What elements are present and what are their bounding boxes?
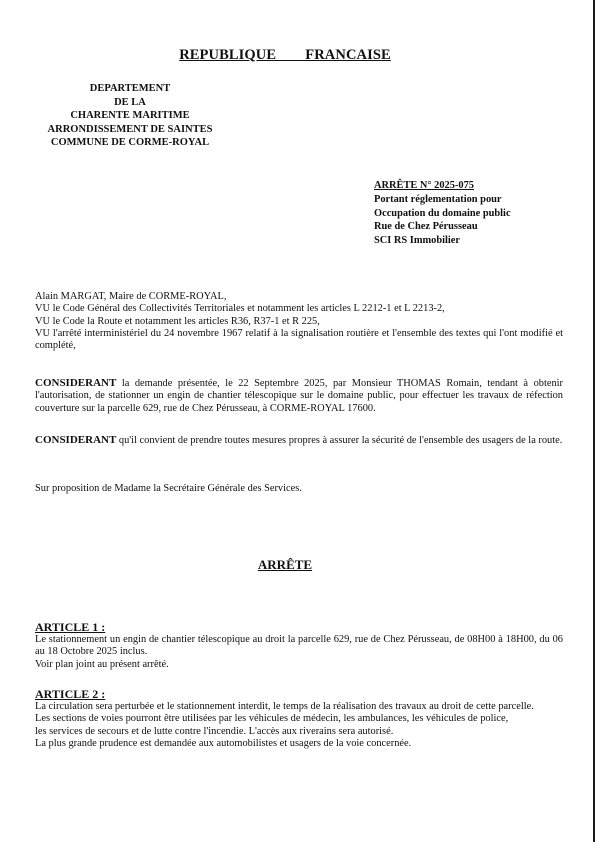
considerant-keyword: CONSIDERANT: [35, 434, 116, 446]
department-line: ARRONDISSEMENT DE SAINTES: [20, 123, 240, 137]
department-line: DE LA: [20, 96, 240, 110]
department-block: DEPARTEMENT DE LA CHARENTE MARITIME ARRO…: [20, 82, 240, 150]
visa-line: VU le Code Général des Collectivités Ter…: [35, 303, 563, 315]
considerant-keyword: CONSIDERANT: [35, 377, 116, 389]
visas-section: Alain MARGAT, Maire de CORME-ROYAL, VU l…: [35, 291, 563, 352]
considerant-paragraph: CONSIDERANT qu'il convient de prendre to…: [35, 434, 563, 447]
article-paragraph: Voir plan joint au présent arrêté.: [35, 659, 563, 671]
article-title: ARTICLE 1 :: [35, 620, 563, 634]
document-title: REPUBLIQUE FRANCAISE: [0, 47, 570, 64]
considerant-2: CONSIDERANT qu'il convient de prendre to…: [35, 434, 563, 447]
article-paragraph: La plus grande prudence est demandée aux…: [35, 738, 535, 750]
article-paragraph: La circulation sera perturbée et le stat…: [35, 701, 535, 713]
arrete-heading: ARRÊTE: [0, 557, 570, 573]
considerant-1: CONSIDERANT la demande présentée, le 22 …: [35, 377, 563, 415]
arrete-subject-line: Portant réglementation pour: [374, 193, 589, 207]
considerant-paragraph: CONSIDERANT la demande présentée, le 22 …: [35, 377, 563, 415]
arrete-reference-block: ARRÊTE N° 2025-075 Portant réglementatio…: [374, 179, 589, 248]
article-1: ARTICLE 1 : Le stationnement un engin de…: [35, 620, 563, 671]
visa-line: VU le Code la Route et notamment les art…: [35, 316, 563, 328]
article-2: ARTICLE 2 : La circulation sera perturbé…: [35, 687, 535, 750]
department-line: CHARENTE MARITIME: [20, 109, 240, 123]
arrete-subject-line: SCI RS Immobilier: [374, 234, 589, 248]
visa-line: VU l'arrêté interministériel du 24 novem…: [35, 328, 563, 353]
department-line: DEPARTEMENT: [20, 82, 240, 96]
article-title: ARTICLE 2 :: [35, 687, 535, 701]
article-paragraph: Les sections de voies pourront être util…: [35, 713, 520, 738]
mayor-line: Alain MARGAT, Maire de CORME-ROYAL,: [35, 291, 563, 303]
article-paragraph: Le stationnement un engin de chantier té…: [35, 634, 563, 659]
department-line: COMMUNE DE CORME-ROYAL: [20, 136, 240, 150]
arrete-subject-line: Occupation du domaine public: [374, 207, 589, 221]
proposition-line: Sur proposition de Madame la Secrétaire …: [35, 483, 563, 495]
considerant-text: qu'il convient de prendre toutes mesures…: [116, 435, 562, 446]
arrete-number: ARRÊTE N° 2025-075: [374, 179, 589, 193]
arrete-subject-line: Rue de Chez Pérusseau: [374, 220, 589, 234]
